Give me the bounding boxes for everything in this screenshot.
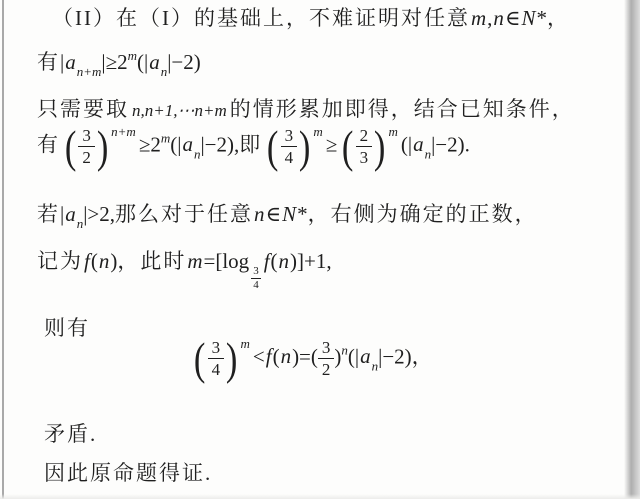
math-text: (	[273, 344, 280, 368]
log-base-fraction: 34	[251, 260, 261, 293]
cjk-text: 即	[239, 132, 262, 156]
left-paren: (	[267, 127, 278, 166]
math-variable: n	[280, 344, 293, 368]
cjk-text: （II）在（I）的基础上，不难证明对任意	[52, 6, 470, 30]
math-text: |−2).	[431, 132, 470, 156]
math-variable: N	[520, 6, 536, 30]
math-text: *	[536, 6, 547, 30]
math-sequence-text: n,n+1,⋯n+m	[129, 101, 230, 120]
cjk-text: ，右侧为确定的正数，	[308, 202, 538, 226]
fraction-denominator: 2	[78, 147, 95, 167]
math-variable: n	[98, 249, 111, 273]
math-text: (	[91, 249, 98, 273]
right-paren: )	[374, 127, 385, 166]
math-text: )=(	[292, 344, 318, 368]
parenthesized-fraction: (34)m	[265, 126, 323, 167]
cjk-text: 有	[37, 132, 60, 156]
fraction: 34	[251, 265, 261, 291]
page-right-edge	[624, 0, 640, 499]
fraction-numerator: 3	[281, 126, 298, 147]
fraction: 32	[78, 126, 95, 167]
right-paren: )	[97, 127, 108, 166]
math-variable: m	[186, 249, 203, 273]
math-text: |−2)	[378, 344, 412, 368]
math-text: ≥	[326, 132, 338, 156]
document-page: （II）在（I）的基础上，不难证明对任意m,n∈N*， 有|an+m|≥2m(|…	[0, 0, 640, 499]
right-paren: )	[226, 339, 237, 378]
math-variable: n	[253, 202, 266, 226]
math-text: (|	[401, 132, 412, 156]
cjk-text: 矛盾.	[44, 422, 97, 446]
cjk-text: 只需要取	[37, 97, 129, 121]
math-text: ∈	[505, 6, 521, 30]
exponent: n+m	[111, 122, 136, 142]
fraction-numerator: 2	[356, 126, 373, 147]
fraction-denominator: 3	[356, 147, 373, 167]
math-variable: n	[492, 6, 505, 30]
cjk-text: 记为	[37, 249, 83, 273]
math-text: =[log	[204, 249, 250, 273]
fraction-numerator: 3	[208, 338, 225, 359]
inline-fraction: 32	[318, 338, 335, 379]
parenthesized-fraction: (23)m	[340, 126, 398, 167]
math-text: |≥2	[101, 50, 127, 74]
parenthesized-fraction: (32)n+m	[63, 126, 136, 167]
math-text: <	[253, 344, 265, 368]
math-text: *	[297, 202, 308, 226]
fraction-numerator: 3	[318, 338, 335, 359]
math-text: (|	[170, 132, 181, 156]
cjk-text: 有	[37, 50, 60, 74]
cjk-text: 若	[37, 202, 60, 226]
math-text: (	[271, 249, 278, 273]
centered-formula-line: (34)m<f(n)=(32)n(|an|−2)，	[0, 338, 624, 379]
left-paren: (	[342, 127, 353, 166]
math-variable: a	[412, 132, 425, 156]
math-variable: a	[181, 132, 194, 156]
math-variable: N	[281, 202, 297, 226]
math-text: |−2)	[167, 50, 201, 74]
math-subscript: n+m	[77, 64, 102, 79]
math-text: ≥2	[139, 132, 161, 156]
fraction-denominator: 2	[318, 359, 335, 379]
page-bottom-edge	[0, 494, 640, 499]
text-line-10: 因此原命题得证.	[44, 457, 212, 490]
cjk-text: 则有	[44, 316, 90, 340]
exponent: m	[388, 122, 397, 142]
math-text: ∈	[266, 202, 282, 226]
cjk-text: ，此时	[117, 249, 186, 273]
left-paren: (	[194, 339, 205, 378]
math-variable: m	[470, 6, 487, 30]
fraction: 34	[281, 126, 298, 167]
cjk-text: 因此原命题得证.	[44, 461, 212, 485]
parenthesized-fraction: (34)m	[192, 338, 250, 379]
math-text: |−2),	[200, 132, 239, 156]
math-variable: a	[64, 202, 77, 226]
math-variable: a	[64, 50, 77, 74]
text-line-2: 有|an+m|≥2m(|an|−2)	[37, 46, 201, 82]
left-paren: (	[65, 127, 76, 166]
math-superscript: m	[128, 48, 137, 63]
fraction-numerator: 3	[78, 126, 95, 147]
fraction: 23	[356, 126, 373, 167]
fraction-denominator: 4	[208, 359, 225, 379]
math-variable: a	[359, 344, 372, 368]
math-text: )]+1,	[290, 249, 332, 273]
cjk-text: 那么对于任意	[115, 202, 253, 226]
math-superscript: m	[161, 130, 170, 145]
page-left-border	[2, 0, 4, 499]
cjk-text: ，	[547, 6, 570, 30]
math-text: (|	[348, 344, 359, 368]
cjk-text: 的情形累加即得，结合已知条件，	[230, 97, 575, 121]
text-line-6: 记为f(n)，此时m=[log34f(n)]+1,	[37, 245, 332, 293]
math-variable: n	[278, 249, 291, 273]
math-text: |>2,	[83, 202, 115, 226]
math-text: (|	[137, 50, 148, 74]
text-line-9: 矛盾.	[44, 418, 97, 451]
exponent: m	[240, 334, 249, 354]
math-variable: f	[265, 344, 273, 368]
right-paren: )	[299, 127, 310, 166]
fraction-denominator: 4	[281, 147, 298, 167]
cjk-text: ，	[412, 344, 435, 368]
math-variable: f	[83, 249, 91, 273]
text-line-5: 若|an|>2,那么对于任意n∈N*，右侧为确定的正数，	[37, 198, 538, 234]
text-line-1: （II）在（I）的基础上，不难证明对任意m,n∈N*，	[52, 2, 570, 35]
fraction: 34	[208, 338, 225, 379]
text-line-4: 有(32)n+m≥2m(|an|−2),即(34)m≥(23)m(|an|−2)…	[37, 126, 470, 167]
fraction-numerator: 3	[251, 265, 261, 278]
math-variable: f	[263, 249, 271, 273]
math-variable: a	[148, 50, 161, 74]
fraction-denominator: 4	[251, 279, 261, 291]
exponent: m	[313, 122, 322, 142]
